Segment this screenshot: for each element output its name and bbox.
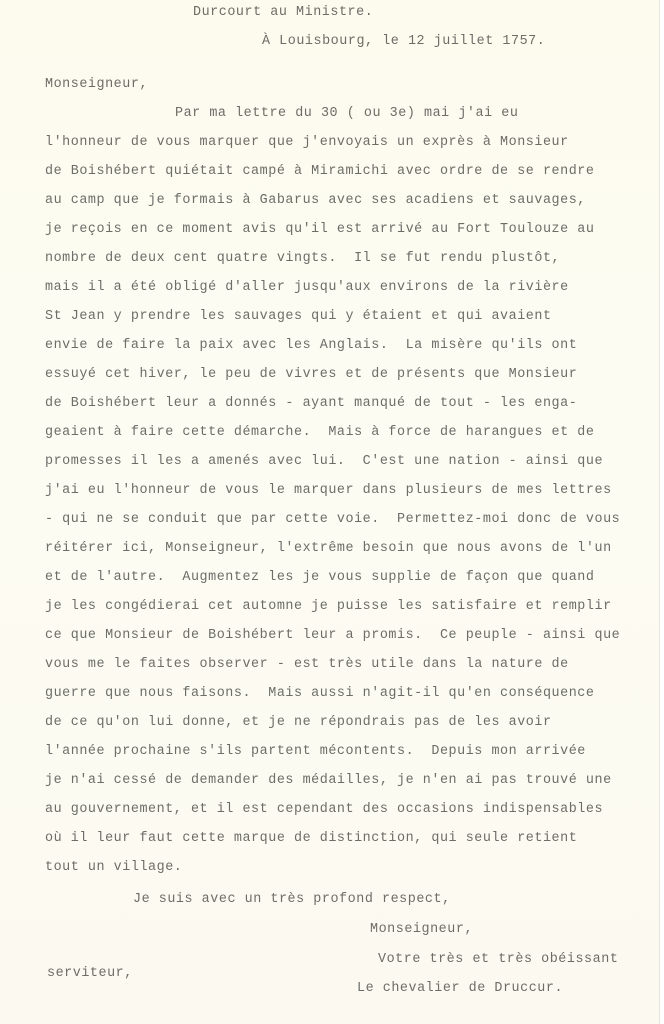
body-line-3: au camp que je formais à Gabarus avec se… — [45, 193, 586, 209]
body-line-21: de ce qu'on lui donne, et je ne répondra… — [45, 715, 552, 731]
body-line-22: l'année prochaine s'ils partent méconten… — [45, 744, 586, 760]
body-line-24: au gouvernement, et il est cependant des… — [45, 802, 603, 818]
body-line-18: ce que Monsieur de Boishébert leur a pro… — [45, 628, 620, 644]
body-line-23: je n'ai cessé de demander des médailles,… — [45, 773, 612, 789]
body-line-9: essuyé cet hiver, le peu de vivres et de… — [45, 367, 577, 383]
closing-phrase: Votre très et très obéissant — [378, 952, 618, 968]
body-line-5: nombre de deux cent quatre vingts. Il se… — [45, 251, 560, 267]
letter-heading: Durcourt au Ministre. — [193, 5, 373, 21]
body-line-6: mais il a été obligé d'aller jusqu'aux e… — [45, 280, 569, 296]
body-line-14: - qui ne se conduit que par cette voie. … — [45, 512, 620, 528]
body-line-15: réitérer ici, Monseigneur, l'extrême bes… — [45, 541, 612, 557]
place-date: À Louisbourg, le 12 juillet 1757. — [262, 34, 545, 50]
body-line-16: et de l'autre. Augmentez les je vous sup… — [45, 570, 594, 586]
body-line-19: vous me le faites observer - est très ut… — [45, 657, 569, 673]
body-line-2: de Boishébert quiétait campé à Miramichi… — [45, 164, 594, 180]
body-line-20: guerre que nous faisons. Mais aussi n'ag… — [45, 686, 594, 702]
body-line-25: où il leur faut cette marque de distinct… — [45, 831, 577, 847]
body-line-7: St Jean y prendre les sauvages qui y éta… — [45, 309, 552, 325]
salutation: Monseigneur, — [45, 77, 148, 93]
body-line-12: promesses il les a amenés avec lui. C'es… — [45, 454, 603, 470]
closing-line: Je suis avec un très profond respect, — [133, 892, 451, 908]
signature: Le chevalier de Druccur. — [357, 981, 563, 997]
body-line-11: geaient à faire cette démarche. Mais à f… — [45, 425, 594, 441]
letter-page: Durcourt au Ministre. À Louisbourg, le 1… — [0, 0, 660, 1024]
body-line-10: de Boishébert leur a donnés - ayant manq… — [45, 396, 577, 412]
body-line-17: je les congédierai cet automne je puisse… — [45, 599, 612, 615]
page-edge — [659, 0, 664, 1024]
body-line-4: je reçois en ce moment avis qu'il est ar… — [45, 222, 594, 238]
body-line-13: j'ai eu l'honneur de vous le marquer dan… — [45, 483, 612, 499]
body-line-1: l'honneur de vous marquer que j'envoyais… — [45, 135, 569, 151]
body-line-0: Par ma lettre du 30 ( ou 3e) mai j'ai eu — [175, 106, 518, 122]
servant-line: serviteur, — [47, 966, 133, 982]
body-line-8: envie de faire la paix avec les Anglais.… — [45, 338, 577, 354]
closing-salutation: Monseigneur, — [370, 922, 473, 938]
body-line-26: tout un village. — [45, 860, 182, 876]
